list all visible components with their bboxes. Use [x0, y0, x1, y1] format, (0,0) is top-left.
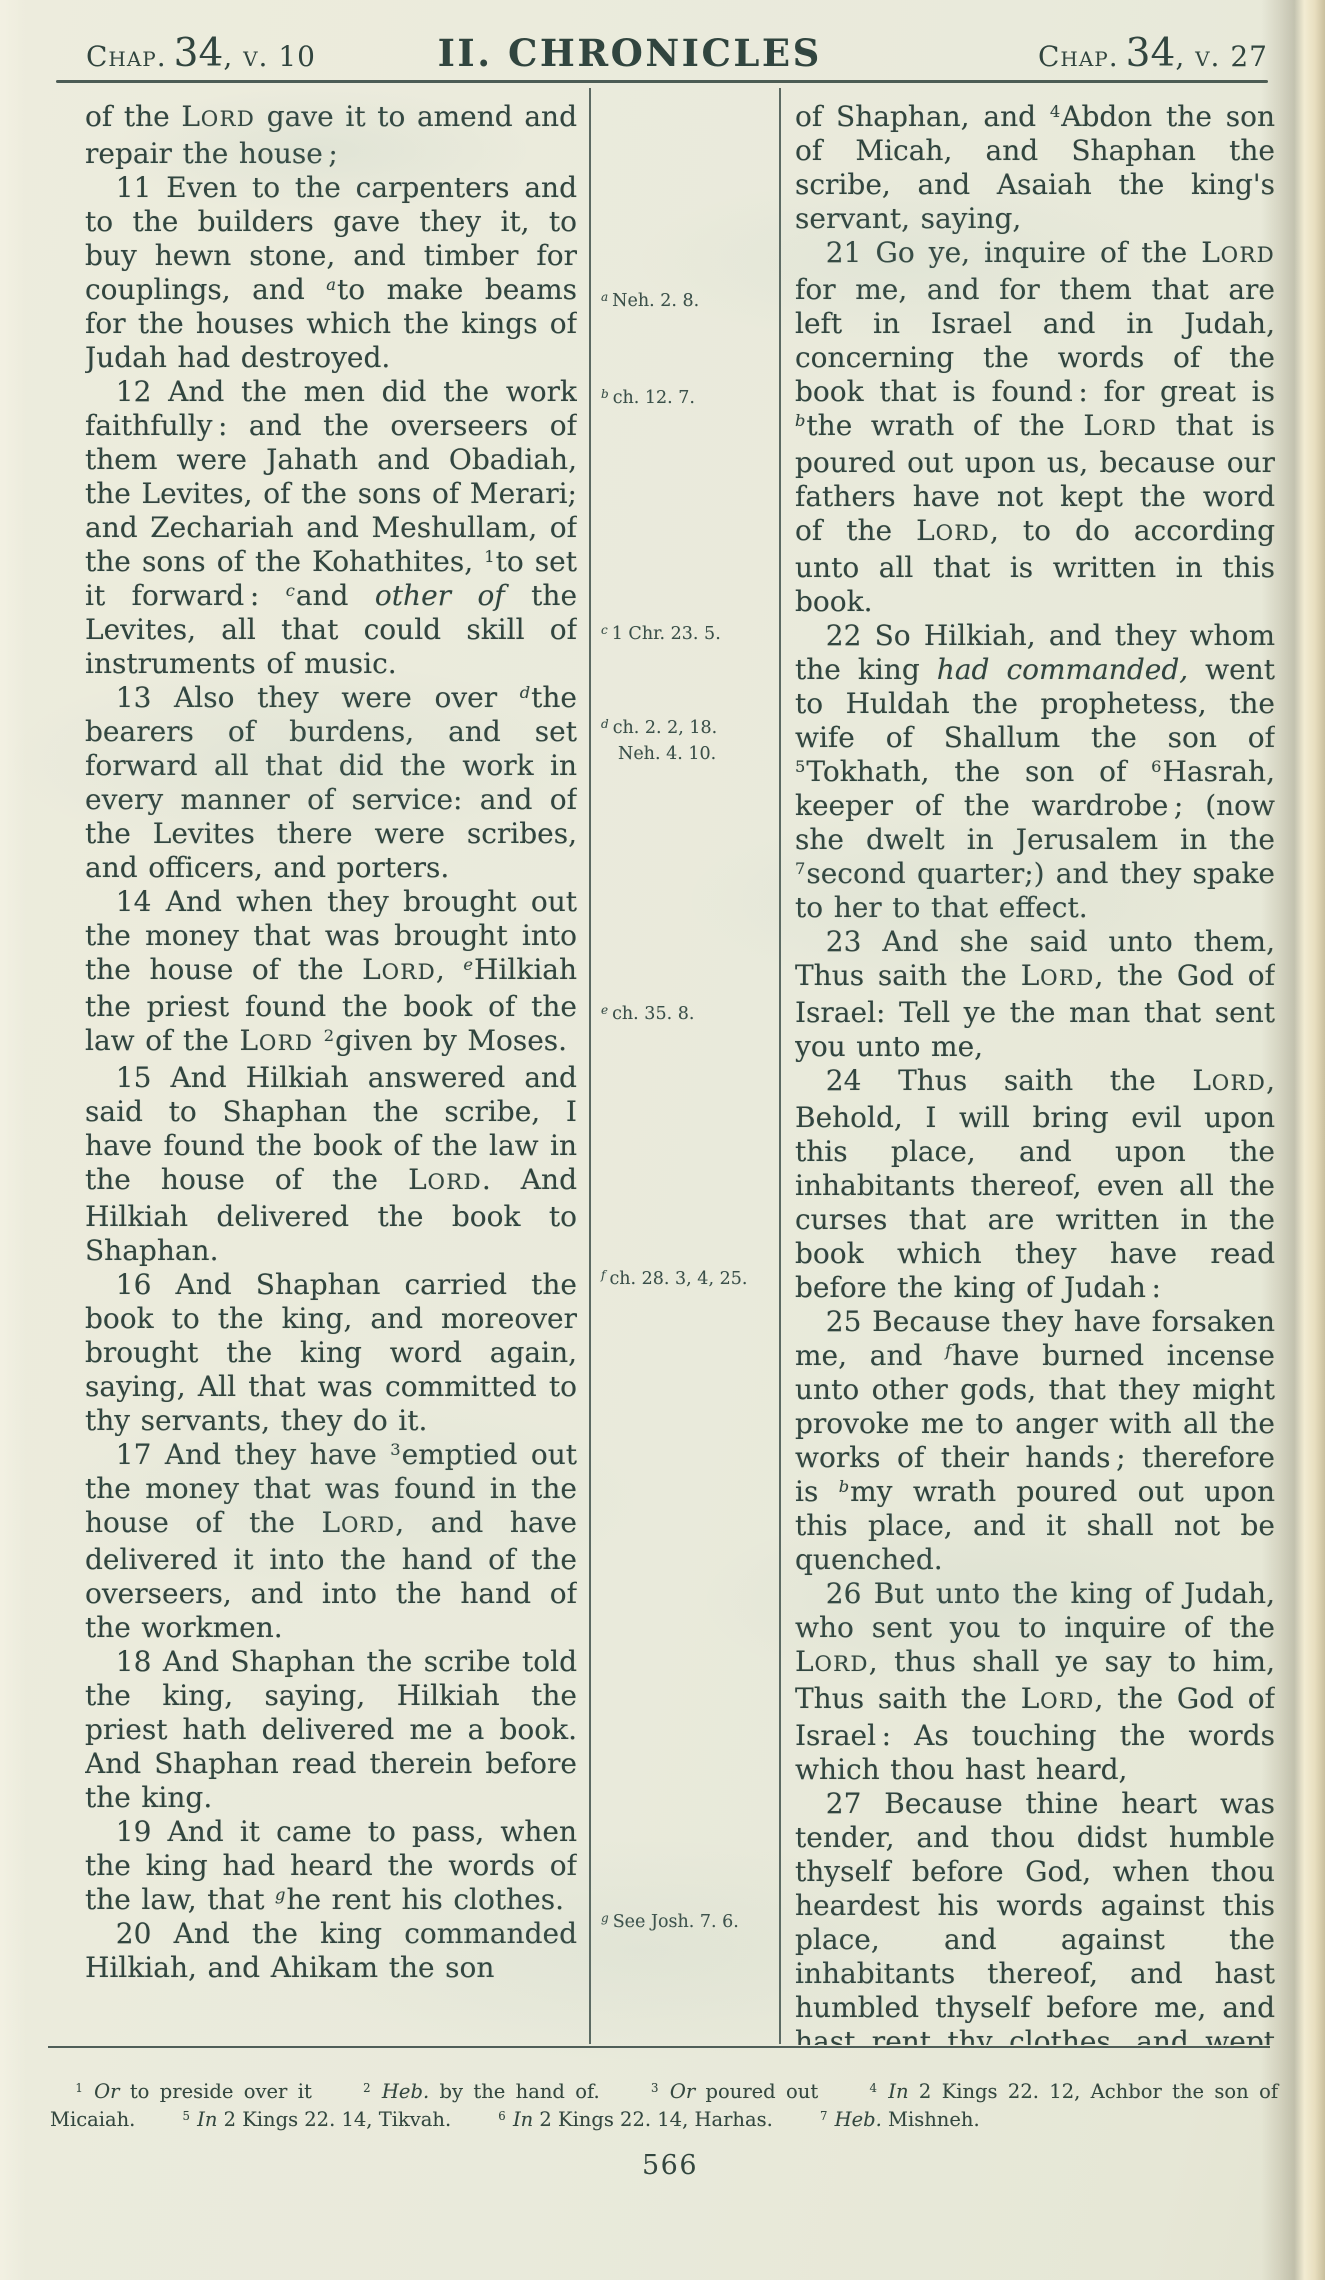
reference-mark: a: [601, 290, 608, 304]
footnote-mark: 7: [795, 859, 805, 878]
footnote: 2 Heb. by the hand of.: [363, 2080, 641, 2103]
verse-paragraph: 13 Also they were over dthe bearers of b…: [85, 681, 577, 885]
verse-paragraph: 23 And she said unto them, Thus saith th…: [795, 925, 1275, 1064]
reference-text: ch. 28. 3, 4, 25.: [609, 1269, 747, 1289]
footnote-number: 2: [363, 2081, 370, 2095]
reference-mark: f: [601, 1268, 605, 1282]
margin-reference: dch. 2. 2, 18.Neh. 4. 10.: [601, 715, 717, 767]
verse-paragraph: 27 Because thine heart was tender, and t…: [795, 1787, 1275, 2045]
verse-paragraph: 14 And when they brought out the money t…: [85, 885, 577, 1061]
reference-mark: c: [601, 623, 608, 637]
divine-name: LORD: [1021, 959, 1095, 992]
running-head: Chap. 34 , v. 10 II. CHRONICLES Chap. 34…: [86, 26, 1268, 76]
divine-name: LORD: [1192, 1064, 1266, 1097]
header-rule: [56, 80, 1268, 83]
footnote: 3 Or poured out: [651, 2080, 859, 2103]
reference-text: Neh. 4. 10.: [601, 741, 717, 767]
divine-name: LORD: [1083, 409, 1157, 442]
footnote-number: 4: [869, 2081, 876, 2095]
book-title: II. CHRONICLES: [438, 31, 822, 75]
footnote-mark: 2: [324, 1026, 334, 1045]
reference-text: ch. 2. 2, 18.: [613, 718, 718, 738]
reference-mark: a: [326, 275, 336, 294]
reference-text: ch. 35. 8.: [612, 1004, 694, 1024]
reference-mark: g: [601, 1911, 609, 1925]
verse-paragraph: 22 So Hilkiah, and they whom the king ha…: [795, 619, 1275, 925]
chapter-number-left: 34: [174, 31, 224, 76]
chapter-number-right: 34: [1126, 31, 1176, 76]
divine-name: LORD: [362, 953, 436, 986]
verse-paragraph: 25 Because they have forsaken me, and fh…: [795, 1305, 1275, 1577]
running-head-left: Chap. 34 , v. 10: [86, 31, 316, 76]
verse-paragraph: 18 And Shaphan the scribe told the king,…: [85, 1645, 577, 1815]
verse-continuation: of Shaphan, and 4Abdon the son of Micah,…: [795, 100, 1275, 236]
verse-paragraph: 11 Even to the carpenters and to the bui…: [85, 171, 577, 375]
reference-mark: e: [463, 955, 473, 974]
reference-mark: e: [601, 1003, 608, 1017]
verse-ref-right: , v. 27: [1175, 40, 1268, 73]
divine-name: LORD: [1021, 1682, 1095, 1715]
chapter-label-right: Chap.: [1038, 40, 1119, 73]
footnote-number: 3: [651, 2081, 658, 2095]
reference-mark: b: [601, 387, 609, 401]
verse-paragraph: 24 Thus saith the LORD, Behold, I will b…: [795, 1064, 1275, 1305]
footnote-mark: 3: [390, 1440, 400, 1459]
running-head-right: Chap. 34 , v. 27: [1038, 31, 1268, 76]
column-rule-right: [779, 88, 781, 2044]
margin-references: aNeh. 2. 8.bch. 12. 7.c1 Chr. 23. 5.dch.…: [601, 100, 777, 2045]
footnote: 6 In 2 Kings 22. 14, Harhas.: [498, 2108, 813, 2131]
margin-reference: aNeh. 2. 8.: [601, 288, 699, 314]
margin-reference: bch. 12. 7.: [601, 385, 695, 411]
text-column-left: of the LORD gave it to amend and repair …: [85, 100, 577, 2045]
footnote-number: 7: [820, 2109, 827, 2123]
page-number: 566: [85, 2150, 1255, 2181]
divine-name: LORD: [408, 1163, 482, 1196]
divine-name: LORD: [795, 1645, 869, 1678]
divine-name: LORD: [916, 514, 990, 547]
footnote-number: 6: [498, 2109, 505, 2123]
footnote: 7 Heb. Mishneh.: [820, 2108, 1021, 2131]
book-page: Chap. 34 , v. 10 II. CHRONICLES Chap. 34…: [0, 0, 1325, 2280]
footnote-number: 5: [183, 2109, 190, 2123]
footnote: 1 Or to preside over it: [75, 2080, 352, 2103]
reference-mark: d: [601, 717, 609, 731]
verse-paragraph: 26 But unto the king of Judah, who sent …: [795, 1577, 1275, 1787]
footnotes: 1 Or to preside over it 2 Heb. by the ha…: [50, 2078, 1278, 2134]
verse-continuation: of the LORD gave it to amend and repair …: [85, 100, 577, 171]
reference-mark: b: [839, 1477, 849, 1496]
footnote-rule: [48, 2046, 1270, 2048]
reference-text: 1 Chr. 23. 5.: [612, 624, 721, 644]
footnote-mark: 6: [1151, 757, 1161, 776]
margin-reference: ech. 35. 8.: [601, 1001, 694, 1027]
chapter-label-left: Chap.: [86, 40, 167, 73]
verse-paragraph: 19 And it came to pass, when the king ha…: [85, 1815, 577, 1917]
verse-paragraph: 20 And the king commanded Hilkiah, and A…: [85, 1917, 577, 1985]
reference-mark: c: [286, 581, 295, 600]
text-column-right: of Shaphan, and 4Abdon the son of Micah,…: [795, 100, 1275, 2045]
footnote-mark: 1: [484, 547, 494, 566]
verse-paragraph: 12 And the men did the work faithfully :…: [85, 375, 577, 681]
verse-ref-left: , v. 10: [223, 40, 316, 73]
reference-mark: d: [520, 683, 530, 702]
divine-name: LORD: [239, 1024, 313, 1057]
verse-paragraph: 15 And Hilkiah answered and said to Shap…: [85, 1061, 577, 1268]
footnote-number: 1: [75, 2081, 82, 2095]
margin-reference: gSee Josh. 7. 6.: [601, 1909, 739, 1935]
reference-text: ch. 12. 7.: [613, 388, 695, 408]
footnote: 5 In 2 Kings 22. 14, Tikvah.: [183, 2108, 493, 2131]
reference-mark: b: [795, 411, 805, 430]
divine-name: LORD: [1201, 236, 1275, 269]
column-rule-left: [589, 88, 591, 2044]
margin-reference: c1 Chr. 23. 5.: [601, 621, 721, 647]
footnote-mark: 4: [1050, 102, 1060, 121]
verse-paragraph: 17 And they have 3emptied out the money …: [85, 1438, 577, 1645]
footnote-mark: 5: [795, 757, 805, 776]
divine-name: LORD: [181, 100, 255, 133]
reference-text: See Josh. 7. 6.: [613, 1912, 739, 1932]
reference-text: Neh. 2. 8.: [612, 291, 699, 311]
verse-paragraph: 16 And Shaphan carried the book to the k…: [85, 1268, 577, 1438]
margin-reference: fch. 28. 3, 4, 25.: [601, 1266, 747, 1292]
reference-mark: f: [945, 1341, 951, 1360]
verse-paragraph: 21 Go ye, inquire of the LORD for me, an…: [795, 236, 1275, 619]
divine-name: LORD: [322, 1506, 396, 1539]
reference-mark: g: [275, 1885, 285, 1904]
